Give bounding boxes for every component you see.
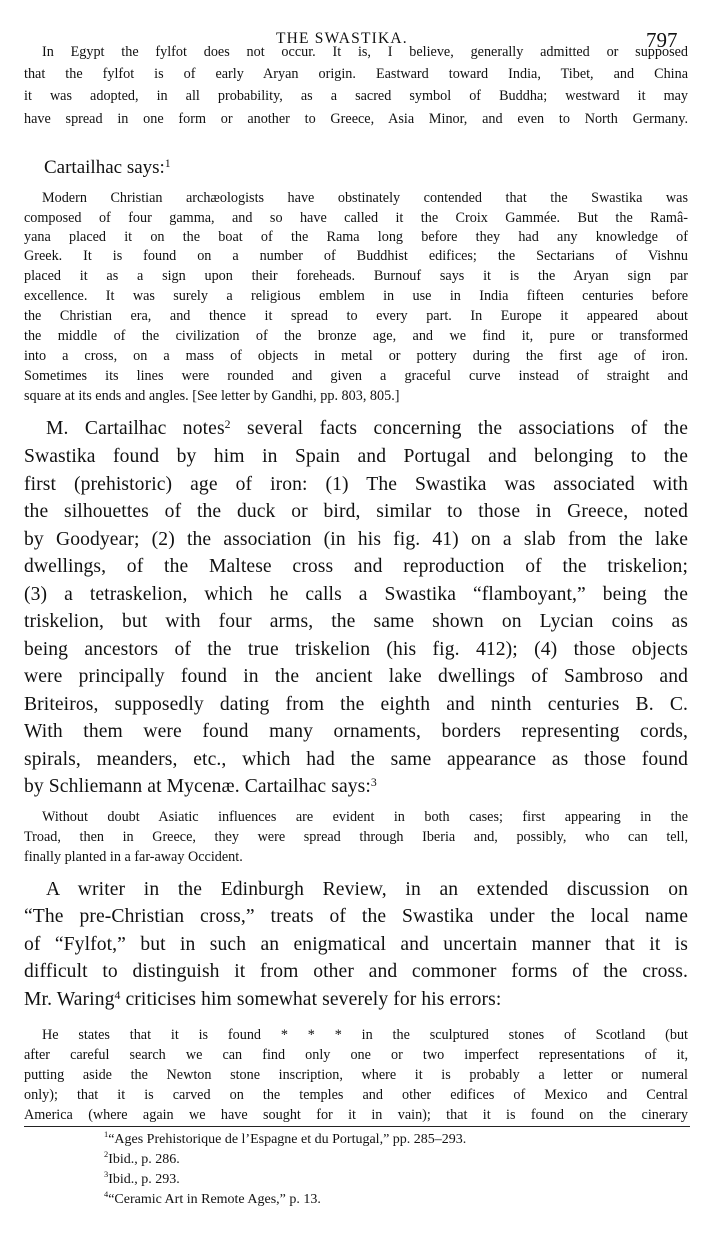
footnote-ref: 1 xyxy=(165,158,171,170)
text-line: “The pre-Christian cross,” treats of the… xyxy=(24,906,688,928)
footnote-text: Ibid., p. 293. xyxy=(108,1172,180,1187)
text-line: A writer in the Edinburgh Review, in an … xyxy=(46,879,688,901)
text-line: have spread in one form or another to Gr… xyxy=(24,111,688,128)
footnote-text: “Ages Prehistorique de l’Espagne et du P… xyxy=(108,1132,466,1147)
text-line: yana placed it on the boat of the Rama l… xyxy=(24,229,688,246)
text-span: criticises him somewhat severely for his… xyxy=(120,989,501,1010)
text-line: were principally found in the ancient la… xyxy=(24,666,688,688)
text-line: being ancestors of the true triskelion (… xyxy=(24,639,688,661)
text-line: Troad, then in Greece, they were spread … xyxy=(24,829,688,846)
text-line: Modern Christian archæologists have obst… xyxy=(42,190,688,207)
text-line: difficult to distinguish it from other a… xyxy=(24,961,688,983)
text-line: M. Cartailhac notes2 several facts conce… xyxy=(46,418,688,440)
text-line: Sometimes its lines were rounded and giv… xyxy=(24,368,688,385)
text-line: only); that it is carved on the temples … xyxy=(24,1087,688,1104)
lead-in-cartailhac-says: Cartailhac says:1 xyxy=(44,157,171,179)
text-line: the Christian era, and thence it spread … xyxy=(24,308,688,325)
text-line: composed of four gamma, and so have call… xyxy=(24,210,688,227)
text-line: Swastika found by him in Spain and Portu… xyxy=(24,446,688,468)
footnote-4: 4“Ceramic Art in Remote Ages,” p. 13. xyxy=(104,1192,664,1208)
footnote-text: Ibid., p. 286. xyxy=(108,1152,180,1167)
footnote-rule xyxy=(24,1126,690,1127)
text-line: spirals, meanders, etc., which had the s… xyxy=(24,749,688,771)
text-line: it was adopted, in all probability, as a… xyxy=(24,88,688,105)
footnote-ref: 3 xyxy=(371,776,377,789)
text-line: Briteiros, supposedly dating from the ei… xyxy=(24,694,688,716)
text-line: triskelion, but with four arms, the same… xyxy=(24,611,688,633)
text-line: Without doubt Asiatic influences are evi… xyxy=(42,809,688,826)
text-line: by Schliemann at Mycenæ. Cartailhac says… xyxy=(24,776,688,798)
text-line: by Goodyear; (2) the association (in his… xyxy=(24,529,688,551)
book-page: THE SWASTIKA. 797 In Egypt the fylfot do… xyxy=(0,0,723,1249)
text-line: that the fylfot is of early Aryan origin… xyxy=(24,66,688,83)
text-line: finally planted in a far-away Occident. xyxy=(24,849,688,866)
text-line: Greek. It is found on a number of Buddhi… xyxy=(24,248,688,265)
text-line: In Egypt the fylfot does not occur. It i… xyxy=(42,44,688,61)
text-line: America (where again we have sought for … xyxy=(24,1107,688,1124)
footnote-2: 2Ibid., p. 286. xyxy=(104,1152,664,1168)
text-line: He states that it is found * * * in the … xyxy=(42,1027,688,1044)
text-line: Mr. Waring4 criticises him somewhat seve… xyxy=(24,989,688,1011)
text-line: after careful search we can find only on… xyxy=(24,1047,688,1064)
text-span: by Schliemann at Mycenæ. Cartailhac says… xyxy=(24,776,371,797)
text-line: into a cross, on a mass of objects in me… xyxy=(24,348,688,365)
text-line: With them were found many ornaments, bor… xyxy=(24,721,688,743)
text-line: dwellings, of the Maltese cross and repr… xyxy=(24,556,688,578)
text-line: of “Fylfot,” but in such an enigmatical … xyxy=(24,934,688,956)
text-span: several facts concerning the association… xyxy=(231,418,688,439)
text-line: the silhouettes of the duck or bird, sim… xyxy=(24,501,688,523)
text-span: Mr. Waring xyxy=(24,989,115,1010)
text-line: (3) a tetraskelion, which he calls a Swa… xyxy=(24,584,688,606)
lead-in-text: Cartailhac says: xyxy=(44,157,165,178)
text-line: putting aside the Newton stone inscripti… xyxy=(24,1067,688,1084)
text-line: excellence. It was surely a religious em… xyxy=(24,288,688,305)
footnote-3: 3Ibid., p. 293. xyxy=(104,1172,664,1188)
text-line: the middle of the civilization of the br… xyxy=(24,328,688,345)
text-line: square at its ends and angles. [See lett… xyxy=(24,388,688,405)
footnote-1: 1“Ages Prehistorique de l’Espagne et du … xyxy=(104,1132,664,1148)
footnote-text: “Ceramic Art in Remote Ages,” p. 13. xyxy=(108,1192,321,1207)
text-line: first (prehistoric) age of iron: (1) The… xyxy=(24,474,688,496)
text-line: placed it as a sign upon their foreheads… xyxy=(24,268,688,285)
text-span: M. Cartailhac notes xyxy=(46,418,225,439)
